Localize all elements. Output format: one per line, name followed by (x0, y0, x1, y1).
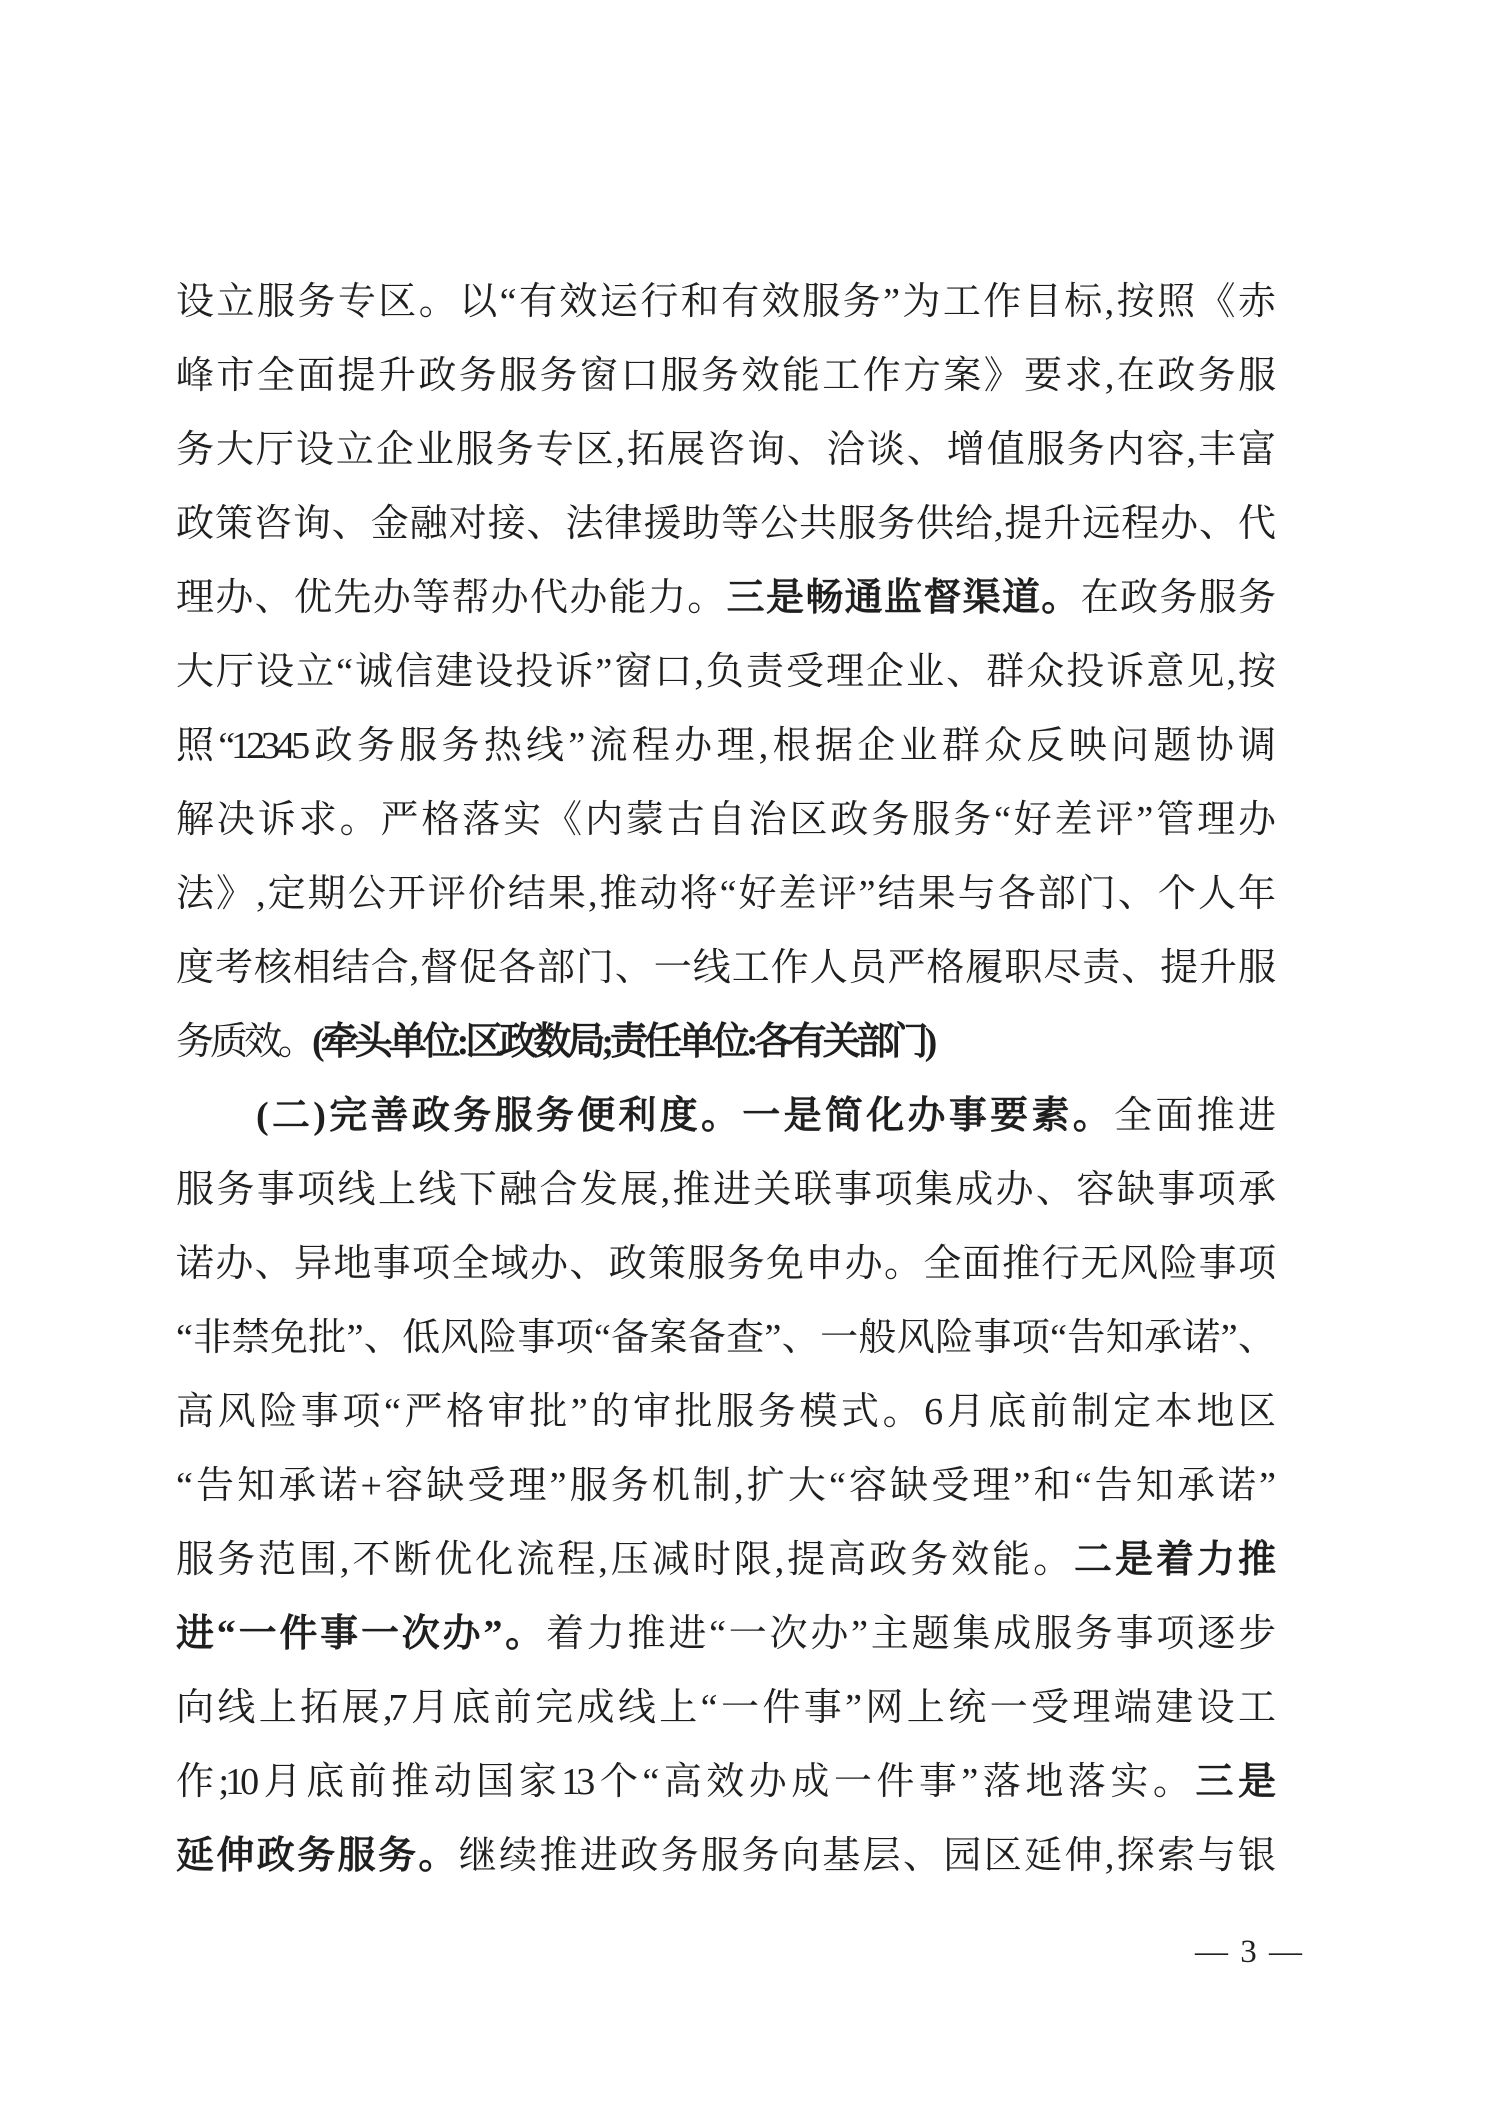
body-text: 在政务服务 (1081, 577, 1272, 619)
body-text: 高风险事项“严格审批”的审批服务模式。6月底前制定本地区 (176, 1391, 1272, 1433)
text-line: 务大厅设立企业服务专区,拓展咨询、洽谈、增值服务内容,丰富 (176, 413, 1272, 487)
text-line: 服务事项线上线下融合发展,推进关联事项集成办、容缺事项承 (176, 1153, 1272, 1227)
body-text: 服务事项线上线下融合发展,推进关联事项集成办、容缺事项承 (176, 1169, 1272, 1211)
text-line: 政策咨询、金融对接、法律援助等公共服务供给,提升远程办、代 (176, 487, 1272, 561)
body-text: 照“12345政务服务热线”流程办理,根据企业群众反映问题协调 (176, 725, 1272, 767)
emphasis-text: 三是畅通监督渠道。 (727, 577, 1081, 619)
body-text: 着力推进“一次办”主题集成服务事项逐步 (546, 1613, 1272, 1655)
body-text: 度考核相结合,督促各部门、一线工作人员严格履职尽责、提升服 (176, 947, 1272, 989)
text-line: 延伸政务服务。继续推进政务服务向基层、园区延伸,探索与银 (176, 1819, 1272, 1893)
body-text: 继续推进政务服务向基层、园区延伸,探索与银 (459, 1835, 1272, 1877)
text-line: 法》,定期公开评价结果,推动将“好差评”结果与各部门、个人年 (176, 857, 1272, 931)
text-line: 解决诉求。严格落实《内蒙古自治区政务服务“好差评”管理办 (176, 783, 1272, 857)
emphasis-text: 延伸政务服务。 (176, 1835, 459, 1877)
text-line: 向线上拓展,7月底前完成线上“一件事”网上统一受理端建设工 (176, 1671, 1272, 1745)
body-text: 诺办、异地事项全域办、政策服务免申办。全面推行无风险事项 (176, 1243, 1272, 1285)
emphasis-text: 三是 (1195, 1761, 1272, 1803)
body-text: 法》,定期公开评价结果,推动将“好差评”结果与各部门、个人年 (176, 873, 1272, 915)
body-text: 解决诉求。严格落实《内蒙古自治区政务服务“好差评”管理办 (176, 799, 1272, 841)
body-text: “非禁免批”、低风险事项“备案备查”、一般风险事项“告知承诺”、 (176, 1317, 1272, 1359)
text-line: 理办、优先办等帮办代办能力。三是畅通监督渠道。在政务服务 (176, 561, 1272, 635)
text-line: 进“一件事一次办”。着力推进“一次办”主题集成服务事项逐步 (176, 1597, 1272, 1671)
emphasis-text: 二是着力推 (1074, 1539, 1272, 1581)
body-text: 全面推进 (1114, 1095, 1272, 1137)
text-line: 大厅设立“诚信建设投诉”窗口,负责受理企业、群众投诉意见,按 (176, 635, 1272, 709)
text-line: 服务范围,不断优化流程,压减时限,提高政务效能。二是着力推 (176, 1523, 1272, 1597)
body-text: 峰市全面提升政务服务窗口服务效能工作方案》要求,在政务服 (176, 355, 1272, 397)
text-line: 务质效。(牵头单位:区政数局;责任单位:各有关部门) (176, 1005, 1272, 1079)
document-page: 设立服务专区。以“有效运行和有效服务”为工作目标,按照《赤峰市全面提升政务服务窗… (0, 0, 1488, 2104)
text-line: (二)完善政务服务便利度。一是简化办事要素。全面推进 (176, 1079, 1272, 1153)
text-line: “非禁免批”、低风险事项“备案备查”、一般风险事项“告知承诺”、 (176, 1301, 1272, 1375)
text-line: 作;10月底前推动国家13个“高效办成一件事”落地落实。三是 (176, 1745, 1272, 1819)
body-text: 向线上拓展,7月底前完成线上“一件事”网上统一受理端建设工 (176, 1687, 1272, 1729)
text-line: 照“12345政务服务热线”流程办理,根据企业群众反映问题协调 (176, 709, 1272, 783)
text-line: 高风险事项“严格审批”的审批服务模式。6月底前制定本地区 (176, 1375, 1272, 1449)
body-text: 作;10月底前推动国家13个“高效办成一件事”落地落实。 (176, 1761, 1195, 1803)
text-line: “告知承诺+容缺受理”服务机制,扩大“容缺受理”和“告知承诺” (176, 1449, 1272, 1523)
text-block: 设立服务专区。以“有效运行和有效服务”为工作目标,按照《赤峰市全面提升政务服务窗… (176, 265, 1272, 1893)
body-text: 理办、优先办等帮办代办能力。 (176, 577, 727, 619)
emphasis-text: 进“一件事一次办”。 (176, 1613, 546, 1655)
page-number: — 3 — (1195, 1934, 1304, 1971)
text-line: 度考核相结合,督促各部门、一线工作人员严格履职尽责、提升服 (176, 931, 1272, 1005)
text-line: 诺办、异地事项全域办、政策服务免申办。全面推行无风险事项 (176, 1227, 1272, 1301)
body-text: 服务范围,不断优化流程,压减时限,提高政务效能。 (176, 1539, 1074, 1581)
text-line: 峰市全面提升政务服务窗口服务效能工作方案》要求,在政务服 (176, 339, 1272, 413)
emphasis-text: (牵头单位:区政数局;责任单位:各有关部门) (312, 1021, 933, 1063)
body-text: 务质效。 (176, 1021, 312, 1063)
emphasis-text: (二)完善政务服务便利度。一是简化办事要素。 (256, 1095, 1114, 1137)
body-text: 设立服务专区。以“有效运行和有效服务”为工作目标,按照《赤 (176, 281, 1272, 323)
body-text: 大厅设立“诚信建设投诉”窗口,负责受理企业、群众投诉意见,按 (176, 651, 1272, 693)
text-line: 设立服务专区。以“有效运行和有效服务”为工作目标,按照《赤 (176, 265, 1272, 339)
body-text: 务大厅设立企业服务专区,拓展咨询、洽谈、增值服务内容,丰富 (176, 429, 1272, 471)
body-text: “告知承诺+容缺受理”服务机制,扩大“容缺受理”和“告知承诺” (176, 1465, 1272, 1507)
body-text: 政策咨询、金融对接、法律援助等公共服务供给,提升远程办、代 (176, 503, 1272, 545)
